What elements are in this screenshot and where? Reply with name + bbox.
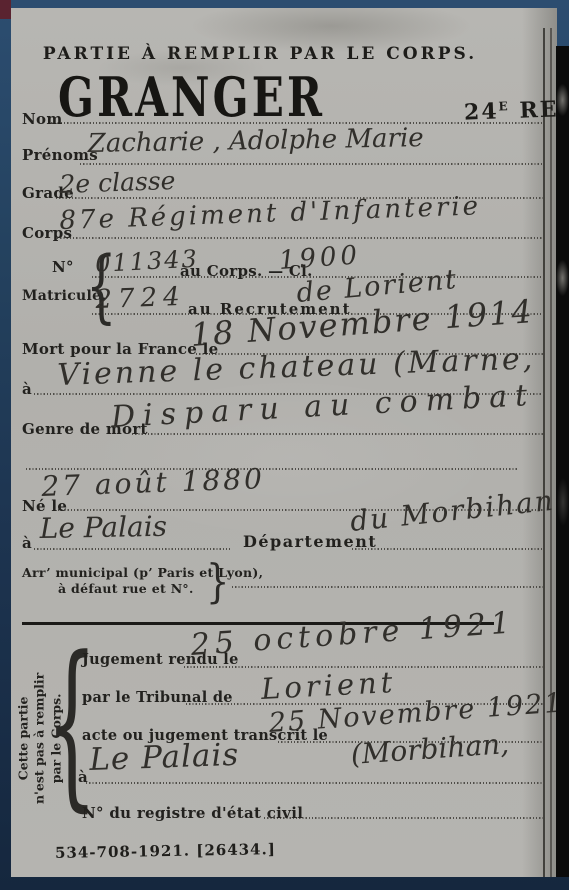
scanned-record-card: PARTIE À REMPLIR PAR LE CORPS. Nom GRANG… <box>0 0 569 890</box>
matricule-label-top: N° <box>52 258 74 276</box>
ne-a-label: à <box>22 534 32 552</box>
form-reference-number: 534-708-1921. [26434.] <box>55 840 276 862</box>
regiment-stamp-rest: RE <box>519 96 559 123</box>
page-edge-line <box>550 28 552 877</box>
matricule-num-corps: 011343 <box>95 245 200 278</box>
matricule-classe: 1900 <box>278 240 362 276</box>
page-edge-line <box>543 28 545 877</box>
gutter-smudge <box>557 478 569 526</box>
arrondissement-label-line2: à défaut rue et N°. <box>58 581 194 596</box>
ne-a-value: Le Palais <box>39 510 167 545</box>
side-note-line1: Cette partie <box>16 658 32 818</box>
prenoms-value: Zacharie , Adolphe Marie <box>87 123 423 159</box>
corner-red-mark <box>0 0 11 19</box>
regiment-stamp-number: 24 <box>464 98 500 125</box>
regiment-stamp: 24E RE <box>464 96 559 125</box>
prenoms-label: Prénoms <box>22 146 98 164</box>
jugement-lieu-value: Le Palais <box>89 737 240 778</box>
gutter-smudge <box>556 260 569 296</box>
dotted-line <box>86 782 544 784</box>
dotted-line <box>34 548 230 550</box>
registre-label: N° du registre d'état civil <box>82 804 303 822</box>
nom-label: Nom <box>22 110 63 128</box>
regiment-stamp-sup: E <box>498 99 510 113</box>
jugement-tribunal-label: par le Tribunal de <box>82 689 233 706</box>
matricule-num-recrutement: 2724 <box>95 282 186 315</box>
dotted-line <box>80 163 544 165</box>
jugement-lieu-label: à <box>78 768 88 786</box>
dotted-line <box>232 586 544 588</box>
arrondissement-brace: } <box>206 558 229 604</box>
binding-gutter <box>556 46 569 877</box>
dotted-line <box>57 237 544 239</box>
card-title: PARTIE À REMPLIR PAR LE CORPS. <box>25 44 495 64</box>
mort-a-label: à <box>22 380 32 398</box>
dotted-line <box>132 433 544 435</box>
grade-value: 2e classe <box>59 166 176 199</box>
dotted-line <box>264 817 544 819</box>
gutter-smudge <box>556 84 569 116</box>
gutter-shadow <box>522 8 557 877</box>
nom-value-stamp: GRANGER <box>58 70 325 124</box>
dotted-line <box>352 548 544 550</box>
